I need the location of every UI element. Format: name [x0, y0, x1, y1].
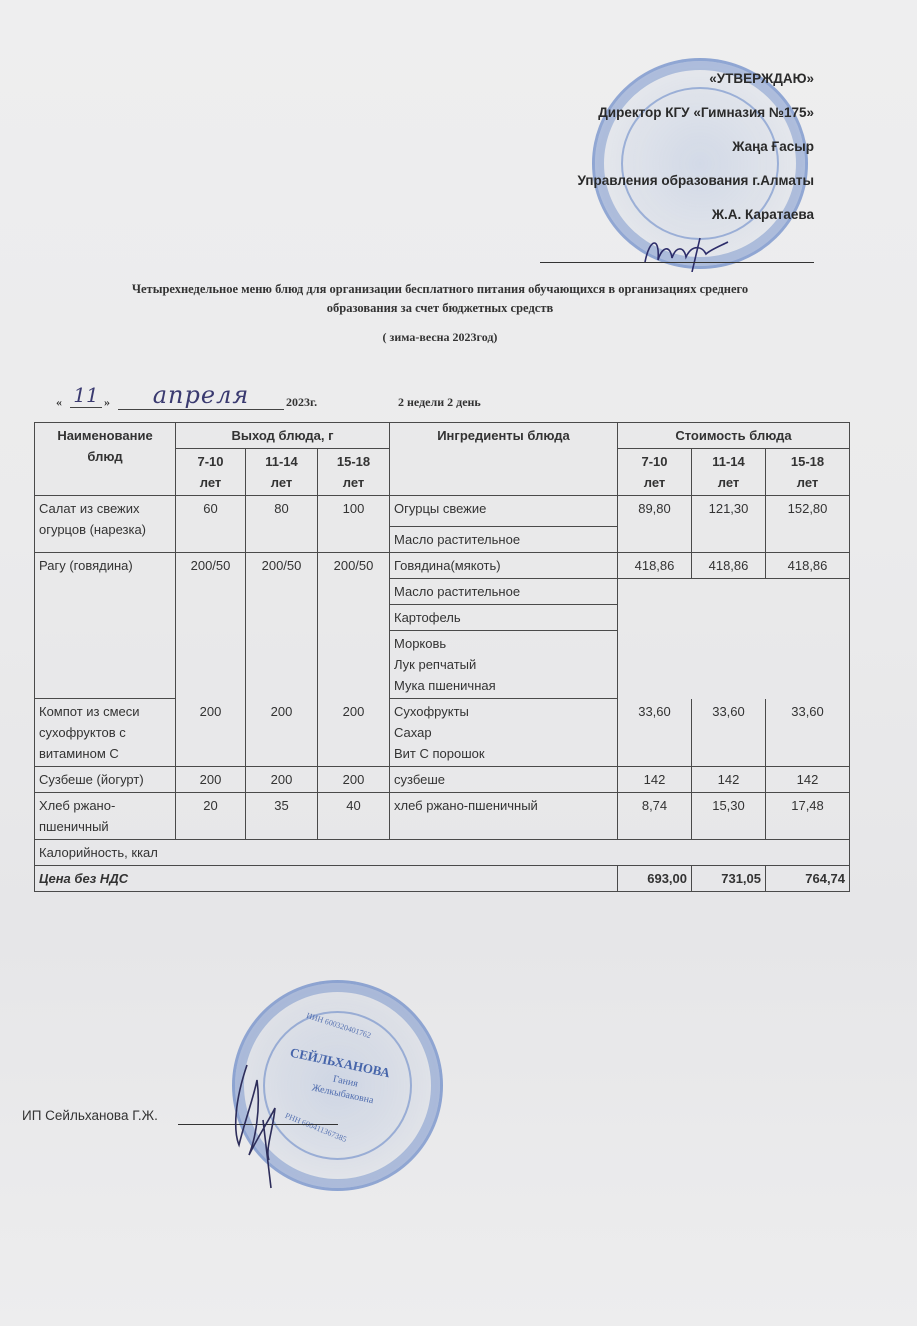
dish-name-cell: Сузбеше (йогурт) [35, 767, 176, 793]
total-cost-cell: 764,74 [766, 866, 850, 892]
open-quote: « [56, 395, 62, 410]
header-cost-age-1: 7-10лет [618, 449, 692, 496]
yield-cell: 200 [246, 767, 318, 793]
cost-cell: 15,30 [692, 793, 766, 840]
dish-name-cell: Компот из смеси сухофруктов с витамином … [35, 699, 176, 767]
cost-cell: 33,60 [692, 699, 766, 767]
total-cost-cell: 693,00 [618, 866, 692, 892]
dish-name-cell: Хлеб ржано-пшеничный [35, 793, 176, 840]
approval-school: Жаңа Ғасыр [577, 140, 814, 174]
ingredient-cell-multi: Морковь Лук репчатый Мука пшеничная [390, 631, 618, 699]
yield-cell: 35 [246, 793, 318, 840]
cost-cell: 33,60 [618, 699, 692, 767]
approval-heading: «УТВЕРЖДАЮ» [577, 72, 814, 106]
approval-department: Управления образования г.Алматы [577, 174, 814, 208]
cost-cell: 418,86 [618, 553, 692, 579]
close-quote: » [104, 395, 110, 410]
ingredient-cell: Картофель [390, 605, 618, 631]
date-year: 2023г. [286, 395, 317, 410]
dish-name-cell: Рагу (говядина) [35, 553, 176, 699]
ingredient-cell: хлеб ржано-пшеничный [390, 793, 618, 840]
yield-cell: 200 [176, 699, 246, 767]
header-yield: Выход блюда, г [176, 423, 390, 449]
table-row: Рагу (говядина) 200/50 200/50 200/50 Гов… [35, 553, 850, 579]
date-line: « 11 » апреля 2023г. 2 недели 2 день [56, 389, 556, 413]
handwritten-day: 11 [70, 383, 102, 408]
cost-cell: 418,86 [692, 553, 766, 579]
header-yield-age-1: 7-10лет [176, 449, 246, 496]
cost-cell: 418,86 [766, 553, 850, 579]
calories-label: Калорийность, ккал [35, 840, 850, 866]
document-title: Четырехнедельное меню блюд для организац… [40, 280, 840, 318]
cost-cell: 142 [618, 767, 692, 793]
dish-name-cell: Салат из свежих огурцов (нарезка) [35, 496, 176, 553]
approval-signature-line [540, 262, 814, 263]
cost-cell: 89,80 [618, 496, 692, 553]
director-signature-icon [640, 232, 730, 272]
yield-cell: 200/50 [176, 553, 246, 699]
cost-cell: 17,48 [766, 793, 850, 840]
table-row: Салат из свежих огурцов (нарезка) 60 80 … [35, 496, 850, 527]
header-yield-age-2: 11-14лет [246, 449, 318, 496]
yield-cell: 20 [176, 793, 246, 840]
yield-cell: 100 [318, 496, 390, 553]
yield-cell: 60 [176, 496, 246, 553]
header-cost-age-3: 15-18лет [766, 449, 850, 496]
table-row: Сузбеше (йогурт) 200 200 200 сузбеше 142… [35, 767, 850, 793]
entrepreneur-signature-icon [225, 1060, 295, 1190]
cost-cell: 142 [692, 767, 766, 793]
yield-cell: 80 [246, 496, 318, 553]
ingredient-cell: сузбеше [390, 767, 618, 793]
empty-cost-cell [618, 579, 850, 699]
cost-cell: 152,80 [766, 496, 850, 553]
title-line-2: образования за счет бюджетных средств [40, 299, 840, 318]
table-row: Хлеб ржано-пшеничный 20 35 40 хлеб ржано… [35, 793, 850, 840]
signatory-label: ИП Сейльханова Г.Ж. [22, 1108, 158, 1123]
yield-cell: 200 [318, 699, 390, 767]
ingredient-cell-multi: Сухофрукты Сахар Вит С порошок [390, 699, 618, 767]
approval-director: Директор КГУ «Гимназия №175» [577, 106, 814, 140]
handwritten-month: апреля [118, 381, 284, 410]
ingredient-cell: Масло растительное [390, 527, 618, 553]
header-yield-age-3: 15-18лет [318, 449, 390, 496]
cost-cell: 121,30 [692, 496, 766, 553]
header-cost: Стоимость блюда [618, 423, 850, 449]
header-cost-age-2: 11-14лет [692, 449, 766, 496]
cost-cell: 8,74 [618, 793, 692, 840]
total-cost-cell: 731,05 [692, 866, 766, 892]
yield-cell: 200 [176, 767, 246, 793]
calories-row: Калорийность, ккал [35, 840, 850, 866]
yield-cell: 200/50 [318, 553, 390, 699]
yield-cell: 40 [318, 793, 390, 840]
ingredient-cell: Говядина(мякоть) [390, 553, 618, 579]
table-row: Компот из смеси сухофруктов с витамином … [35, 699, 850, 767]
title-line-1: Четырехнедельное меню блюд для организац… [40, 280, 840, 299]
ingredient-cell: Огурцы свежие [390, 496, 618, 527]
ingredient-cell: Масло растительное [390, 579, 618, 605]
header-dish-name: Наименование блюд [35, 423, 176, 496]
header-ingredients: Ингредиенты блюда [390, 423, 618, 496]
total-label: Цена без НДС [35, 866, 618, 892]
yield-cell: 200 [246, 699, 318, 767]
yield-cell: 200/50 [246, 553, 318, 699]
season-label: ( зима-весна 2023год) [40, 330, 840, 345]
yield-cell: 200 [318, 767, 390, 793]
approval-block: «УТВЕРЖДАЮ» Директор КГУ «Гимназия №175»… [577, 72, 814, 242]
week-day-label: 2 недели 2 день [398, 395, 481, 410]
total-row: Цена без НДС 693,00 731,05 764,74 [35, 866, 850, 892]
menu-table: Наименование блюд Выход блюда, г Ингреди… [34, 422, 850, 892]
cost-cell: 142 [766, 767, 850, 793]
cost-cell: 33,60 [766, 699, 850, 767]
